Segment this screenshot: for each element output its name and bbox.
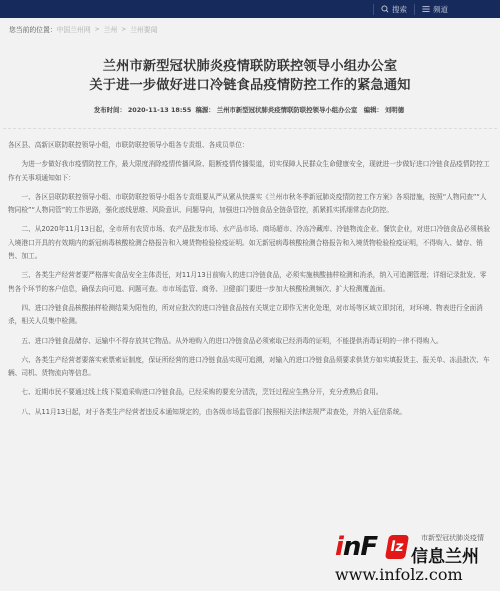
paragraph-intro: 为进一步做好我市疫情防控工作，最大限度消除疫情传播风险、阻断疫情传播渠道，切实保… — [8, 158, 491, 185]
divider — [373, 4, 374, 15]
article-title: 兰州市新型冠状肺炎疫情联防联控领导小组办公室 关于进一步做好进口冷链食品疫情防控… — [0, 57, 500, 95]
watermark-badge: lz — [385, 535, 409, 559]
search-label: 搜索 — [392, 4, 407, 15]
salutation: 各区县、高新区联防联控领导小组，市联防联控领导小组各专责组、各成员单位： — [8, 139, 491, 152]
watermark-url: www.infolz.com — [335, 565, 463, 584]
paragraph-7: 七、近期市民不要通过线上线下渠道采购进口冷链食品，已经采购的要充分清洗，烹饪过程… — [8, 386, 491, 399]
divider — [3, 128, 497, 129]
article-body: 各区县、高新区联防联控领导小组，市联防联控领导小组各专责组、各成员单位： 为进一… — [0, 139, 500, 419]
paragraph-1: 一、各区县联防联控领导小组、市联防联控领导小组各专责组要从严从紧从快落实《兰州市… — [8, 191, 491, 218]
title-line-2: 关于进一步做好进口冷链食品疫情防控工作的紧急通知 — [0, 76, 500, 95]
article-meta: 发布时间：2020-11-13 18:55 稿源：兰州市新型冠状肺炎疫情联防联控… — [0, 105, 500, 114]
title-line-1: 兰州市新型冠状肺炎疫情联防联控领导小组办公室 — [0, 57, 500, 76]
paragraph-3: 三、各类生产经营者要严格落实食品安全主体责任，对11月13日前购入的进口冷链食品… — [8, 269, 491, 296]
paragraph-2: 二、从2020年11月13日起，全市所有农贸市场、农产品批发市场、水产品市场、商… — [8, 223, 491, 263]
watermark-city: 信息兰州 — [411, 542, 479, 567]
breadcrumb-separator: > — [121, 26, 126, 33]
search-button[interactable]: 搜索 — [381, 4, 407, 15]
search-icon — [381, 5, 389, 13]
editor-value: 刘明德 — [385, 106, 404, 114]
menu-icon — [422, 5, 430, 13]
infolz-watermark: inF lz 市新型冠状肺炎疫情 信息兰州 www.infolz.com — [327, 525, 495, 587]
breadcrumb: 您当前的位置： 中国兰州网 > 兰州 > 兰州要闻 — [0, 18, 500, 40]
breadcrumb-item-home[interactable]: 中国兰州网 — [57, 24, 91, 34]
source-value: 兰州市新型冠状肺炎疫情联防联控领导小组办公室 — [217, 106, 358, 114]
paragraph-6: 六、各类生产经营者要落实索票索证制度，保证所经营的进口冷链食品实现可追溯，对输入… — [8, 354, 491, 381]
breadcrumb-label: 您当前的位置： — [9, 24, 57, 34]
paragraph-4: 四、进口冷链食品核酸抽样检测结果为阳性的，所对应批次的进口冷链食品按有关规定立即… — [8, 302, 491, 329]
breadcrumb-item-lanzhou[interactable]: 兰州 — [104, 24, 118, 34]
channels-label: 频道 — [433, 4, 448, 15]
breadcrumb-item-news[interactable]: 兰州要闻 — [130, 24, 157, 34]
source-label: 稿源： — [196, 106, 215, 114]
published-value: 2020-11-13 18:55 — [128, 106, 191, 114]
paragraph-8: 八、从11月13日起，对于各类生产经营者违反本通知规定的，由各级市场监管部门按照… — [8, 406, 491, 419]
channels-button[interactable]: 频道 — [422, 4, 448, 15]
divider — [414, 4, 415, 15]
top-navigation-bar: 搜索 频道 — [0, 0, 500, 18]
paragraph-5: 五、进口冷链食品储存、运输中不得存放其它物品。从外地购入的进口冷链食品必须索取已… — [8, 335, 491, 348]
watermark-logo-text: nF — [343, 532, 377, 562]
published-label: 发布时间： — [94, 106, 126, 114]
watermark-logo: inF — [335, 532, 377, 562]
editor-label: 编辑： — [364, 106, 383, 114]
breadcrumb-separator: > — [95, 26, 100, 33]
